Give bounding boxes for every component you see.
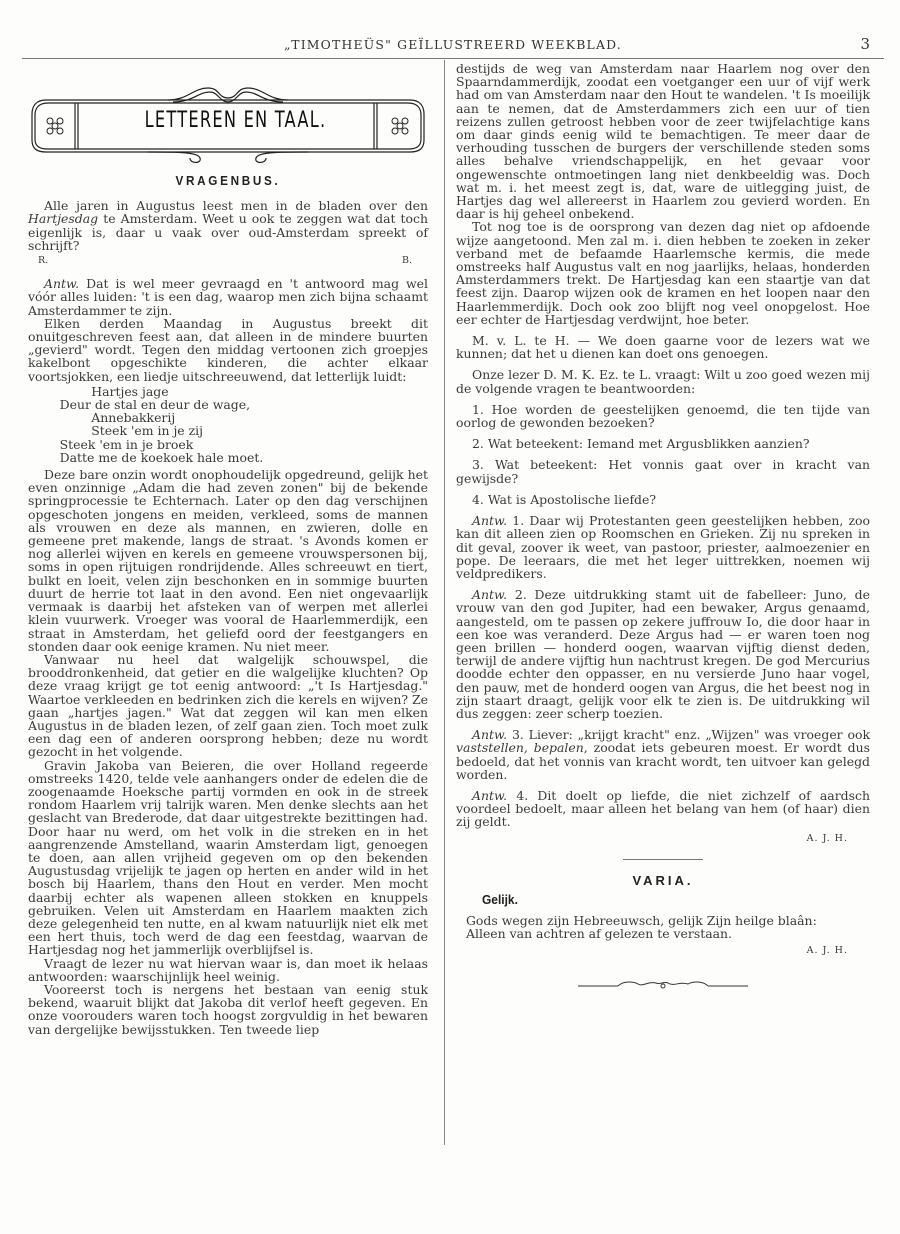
page-number: 3 — [860, 35, 870, 53]
body-paragraph: destijds de weg van Amsterdam naar Haarl… — [456, 62, 870, 220]
header-rule — [22, 58, 884, 59]
right-column: destijds de weg van Amsterdam naar Haarl… — [456, 62, 870, 995]
question-signature: R. B. — [28, 252, 428, 267]
author-signature: A. J. H. — [456, 944, 870, 957]
section-title: LETTEREN EN TAAL. — [135, 114, 336, 127]
reader-question-intro: Onze lezer D. M. K. Ez. te L. vraagt: Wi… — [456, 368, 870, 394]
answer-paragraph: Elken derden Maandag in Augustus breekt … — [28, 317, 428, 383]
question-item: 1. Hoe worden de geestelijken genoemd, d… — [456, 403, 870, 429]
column-divider — [444, 60, 445, 1145]
notice-paragraph: M. v. L. te H. — We doen gaarne voor de … — [456, 334, 870, 360]
varia-heading: VARIA. — [456, 874, 870, 887]
body-paragraph: Deze bare onzin wordt onophoudelijk opge… — [28, 468, 428, 653]
left-column: LETTEREN EN TAAL. VRAGENBUS. Alle jaren … — [28, 60, 428, 1036]
question-item: 3. Wat beteekent: Het vonnis gaat over i… — [456, 458, 870, 484]
author-signature: A. J. H. — [456, 832, 870, 845]
answer-paragraph: Antw. 4. Dit doelt op liefde, die niet z… — [456, 789, 870, 829]
varia-verse: Gods wegen zijn Hebreeuwsch, gelijk Zijn… — [456, 914, 870, 940]
answer-paragraph: Antw. 1. Daar wij Protestanten geen gees… — [456, 514, 870, 580]
varia-subheading: Gelijk. — [482, 893, 839, 906]
end-flourish-icon — [456, 979, 870, 995]
publication-title: „TIMOTHEÜS" GEÏLLUSTREERD WEEKBLAD. — [22, 37, 884, 52]
question-item: 2. Wat beteekent: Iemand met Argusblikke… — [456, 437, 870, 450]
body-paragraph: Vraagt de lezer nu wat hiervan waar is, … — [28, 957, 428, 983]
answer-paragraph: Antw. 3. Liever: „krijgt kracht" enz. „W… — [456, 728, 870, 781]
poem: Hartjes jage Deur de stal en deur de wag… — [28, 385, 428, 464]
body-paragraph: Tot nog toe is de oorsprong van dezen da… — [456, 220, 870, 326]
vragenbus-heading: VRAGENBUS. — [48, 174, 408, 187]
section-divider — [623, 859, 703, 860]
running-head: „TIMOTHEÜS" GEÏLLUSTREERD WEEKBLAD. 3 — [22, 33, 884, 55]
question-item: 4. Wat is Apostolische liefde? — [456, 493, 870, 506]
answer-paragraph: Antw. 2. Deze uitdrukking stamt uit de f… — [456, 588, 870, 720]
section-banner: LETTEREN EN TAAL. — [28, 60, 428, 170]
body-paragraph: Gravin Jakoba van Beieren, die over Holl… — [28, 759, 428, 957]
reader-question: Alle jaren in Augustus leest men in de b… — [28, 199, 428, 252]
body-paragraph: Vanwaar nu heel dat walgelijk schouwspel… — [28, 653, 428, 759]
body-paragraph: Vooreerst toch is nergens het bestaan va… — [28, 983, 428, 1036]
answer-paragraph: Antw. Dat is wel meer gevraagd en 't ant… — [28, 277, 428, 317]
